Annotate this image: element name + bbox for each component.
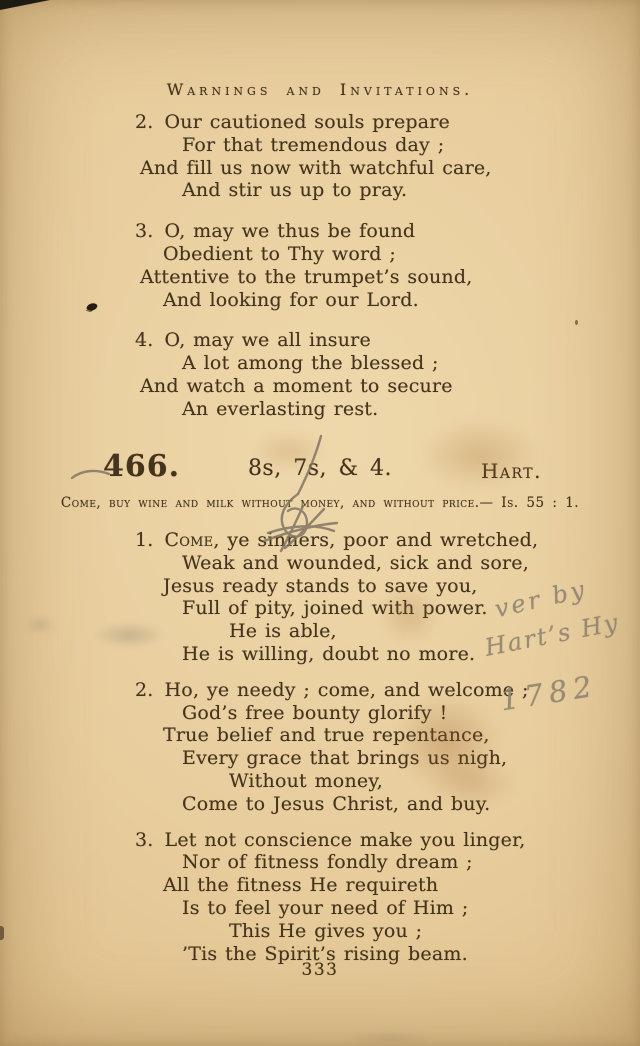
previous-hymn-verses: 2.Our cautioned souls prepareFor that tr… xyxy=(135,111,492,439)
verse-line: Without money, xyxy=(229,770,538,793)
scan-edge-artifact xyxy=(0,0,50,10)
scripture-epigraph: Come, buy wine and milk without money, a… xyxy=(0,495,640,511)
verse-line: An everlasting rest. xyxy=(182,398,492,421)
verse-line: 1.Come, ye sinners, poor and wretched, xyxy=(135,529,538,552)
verse-line: 2.Ho, ye needy ; come, and welcome ; xyxy=(135,679,538,702)
verse-number: 1. xyxy=(135,529,154,551)
hymn-verse: 3.Let not conscience make you linger,Nor… xyxy=(135,829,538,966)
verse-line: Weak and wounded, sick and sore, xyxy=(182,552,538,575)
small-caps-word: Come, xyxy=(165,529,220,551)
verse-line: Full of pity, joined with power. xyxy=(182,597,538,620)
verse-line: For that tremendous day ; xyxy=(182,134,492,157)
verse-number: 3. xyxy=(135,220,154,242)
pencil-smudge xyxy=(344,1032,436,1044)
verse-line: Every grace that brings us nigh, xyxy=(182,747,538,770)
verse-number: 2. xyxy=(135,111,154,133)
verse-line: And looking for our Lord. xyxy=(163,289,492,312)
verse-line: True belief and true repentance, xyxy=(163,724,538,747)
verse-number: 2. xyxy=(135,679,154,701)
verse-line: Obedient to Thy word ; xyxy=(163,243,492,266)
book-page: Warnings and Invitations. 2.Our cautione… xyxy=(0,0,640,1046)
verse-line: Come to Jesus Christ, and buy. xyxy=(182,793,538,816)
verse-line: Attentive to the trumpet’s sound, xyxy=(140,266,492,289)
verse-line: This He gives you ; xyxy=(229,920,538,943)
page-number: 333 xyxy=(0,960,640,980)
verse-line: A lot among the blessed ; xyxy=(182,352,492,375)
verse-line: All the fitness He requireth xyxy=(163,874,538,897)
verse-line: Jesus ready stands to save you, xyxy=(163,575,538,598)
ink-blot xyxy=(86,302,99,312)
hymn-verses: 1.Come, ye sinners, poor and wretched,We… xyxy=(135,529,538,978)
hymn-verse: 4.O, may we all insureA lot among the bl… xyxy=(135,329,492,420)
verse-line: And stir us up to pray. xyxy=(182,179,492,202)
verse-number: 4. xyxy=(135,329,154,351)
verse-line: And watch a moment to secure xyxy=(140,375,492,398)
verse-number: 3. xyxy=(135,829,154,851)
verse-line: And fill us now with watchful care, xyxy=(140,157,492,180)
verse-line: Is to feel your need of Him ; xyxy=(182,897,538,920)
pencil-loop xyxy=(282,436,321,537)
verse-line: God’s free bounty glorify ! xyxy=(182,702,538,725)
hymn-meter: 8s, 7s, & 4. xyxy=(0,456,640,481)
verse-line: 4.O, may we all insure xyxy=(135,329,492,352)
hymn-author: Hart. xyxy=(481,459,542,483)
verse-line: 2.Our cautioned souls prepare xyxy=(135,111,492,134)
pencil-smudge xyxy=(24,616,56,634)
hymn-verse: 2.Ho, ye needy ; come, and welcome ;God’… xyxy=(135,679,538,816)
hymn-verse: 2.Our cautioned souls prepareFor that tr… xyxy=(135,111,492,202)
verse-line: 3.Let not conscience make you linger, xyxy=(135,829,538,852)
scan-edge-artifact xyxy=(0,926,4,940)
paper-speck xyxy=(575,320,578,325)
verse-line: 3.O, may we thus be found xyxy=(135,220,492,243)
hymn-verse: 1.Come, ye sinners, poor and wretched,We… xyxy=(135,529,538,666)
hymn-verse: 3.O, may we thus be foundObedient to Thy… xyxy=(135,220,492,311)
running-header: Warnings and Invitations. xyxy=(0,80,640,99)
verse-line: Nor of fitness fondly dream ; xyxy=(182,851,538,874)
